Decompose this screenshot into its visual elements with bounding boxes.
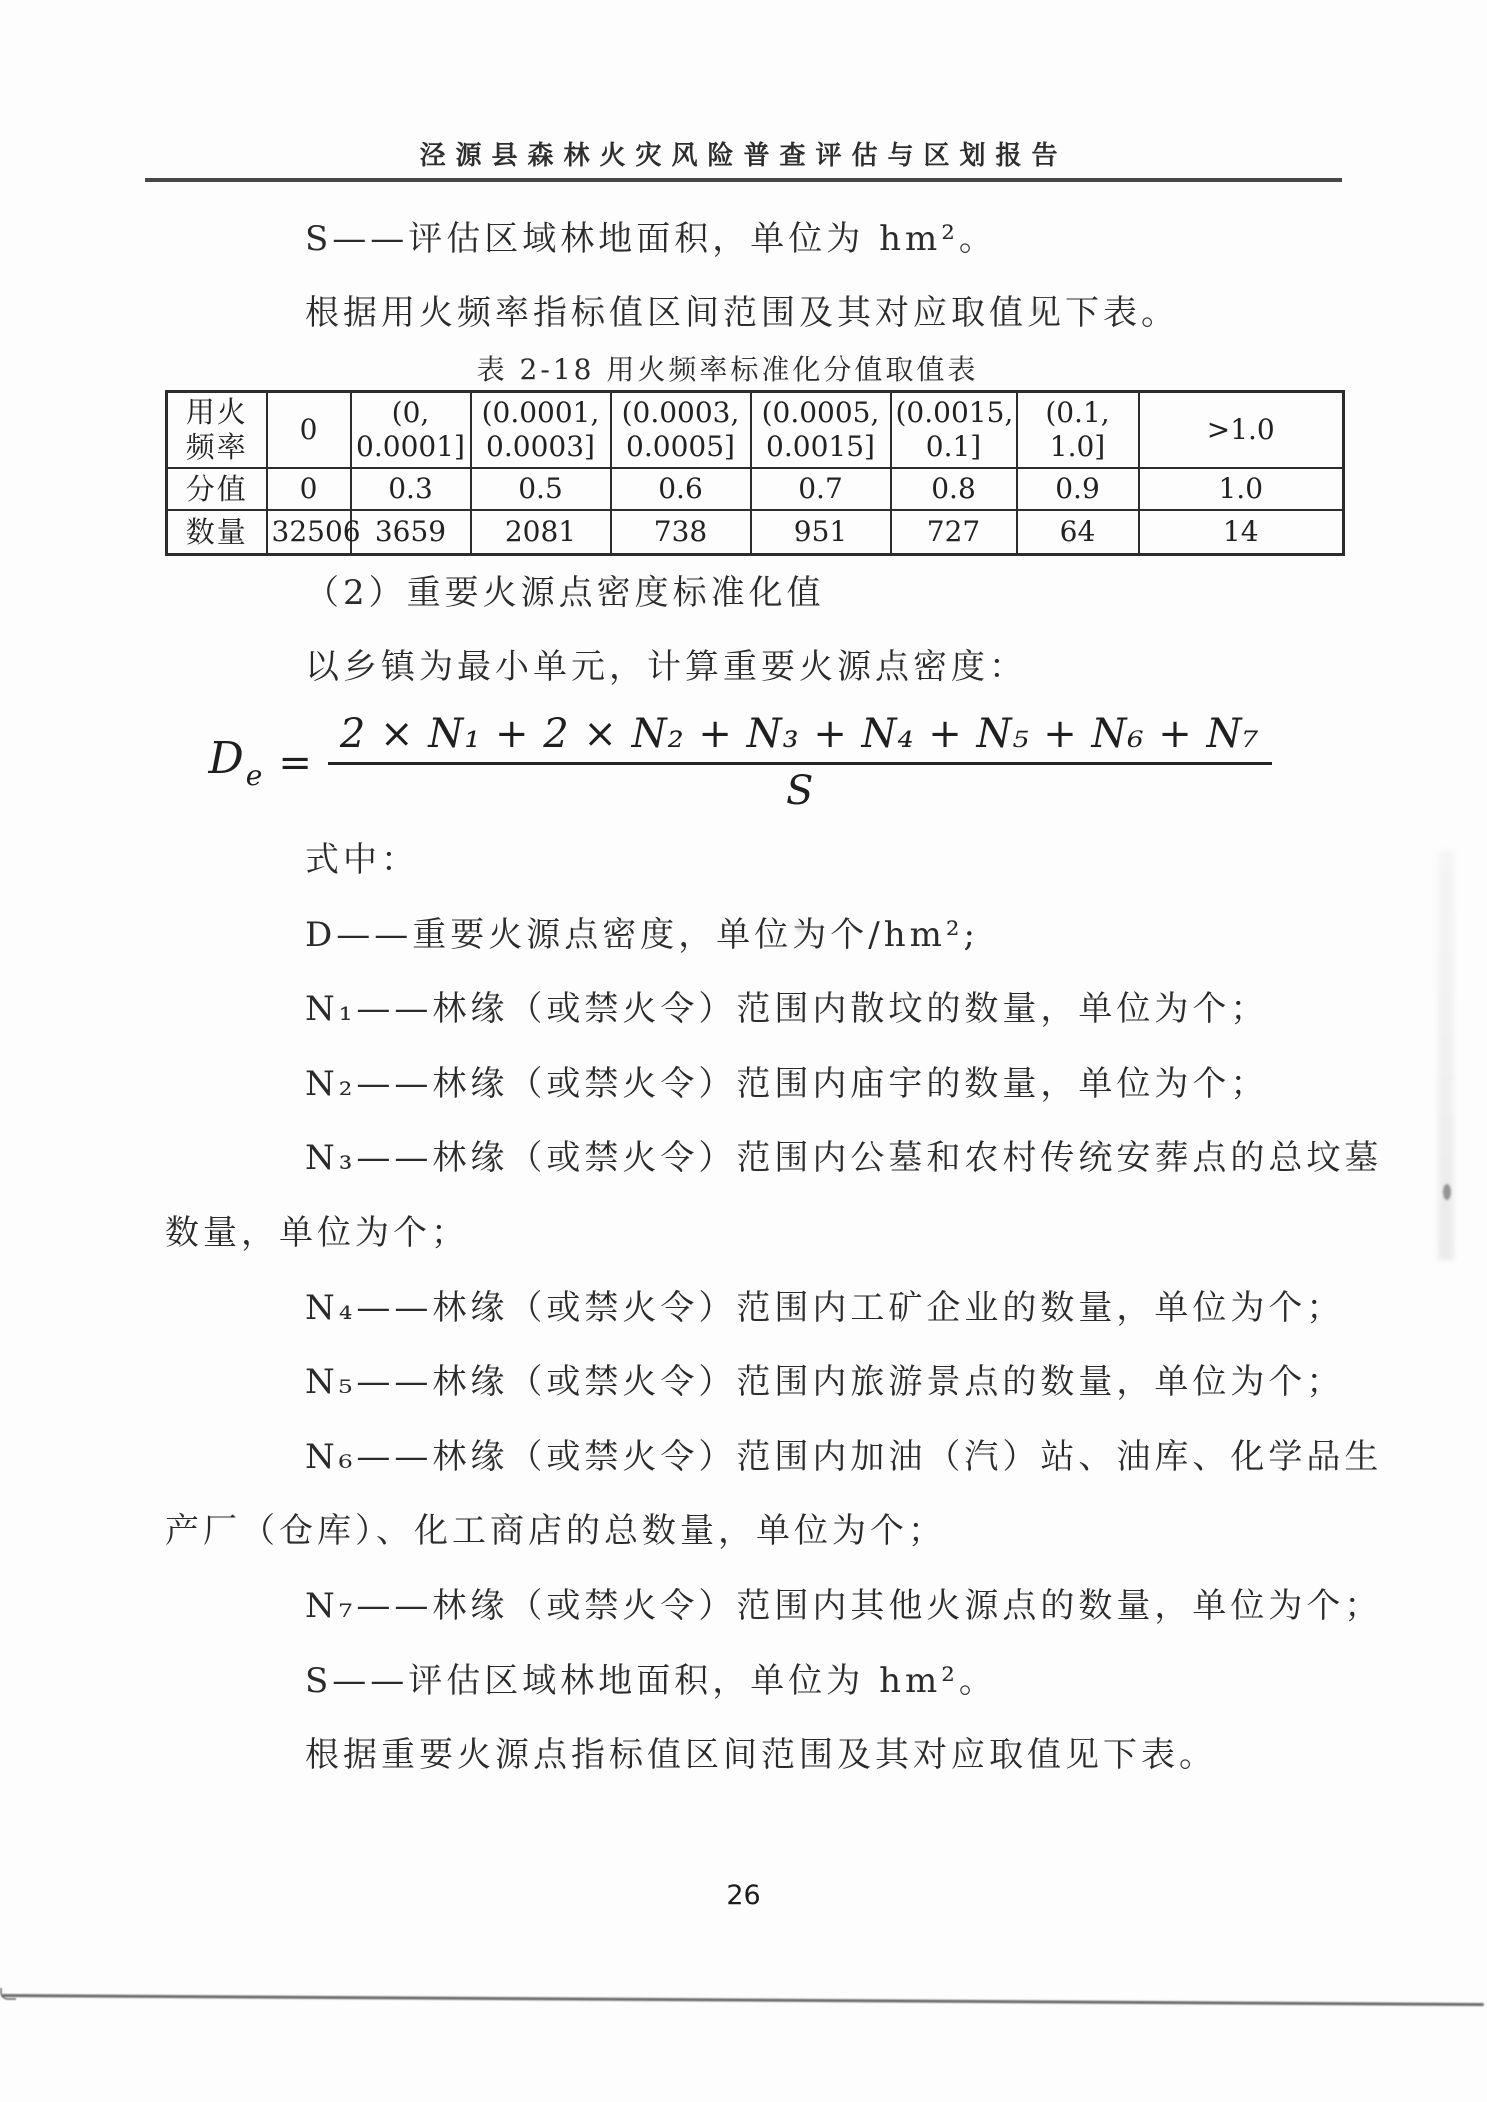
formula-fraction: 2 × N₁ + 2 × N₂ + N₃ + N₄ + N₅ + N₆ + N₇… [328, 710, 1272, 815]
row-label-count: 数量 [167, 510, 267, 555]
score-cell: 0.3 [351, 468, 471, 510]
freq-range-cell: (0.0001, 0.0003] [471, 392, 611, 469]
formula-lhs: De [208, 733, 262, 792]
score-cell: 0 [267, 468, 351, 510]
running-header-title: 泾源县森林火灾风险普查评估与区划报告 [0, 0, 1487, 171]
count-cell: 727 [891, 510, 1017, 555]
def-n2: N₂——林缘（或禁火令）范围内庙宇的数量，单位为个； [165, 1047, 1345, 1122]
score-cell: 0.9 [1017, 468, 1139, 510]
score-cell: 1.0 [1139, 468, 1344, 510]
count-cell: 64 [1017, 510, 1139, 555]
page-body: S——评估区域林地面积，单位为 hm²。 根据用火频率指标值区间范围及其对应取值… [0, 202, 1487, 1793]
score-cell: 0.5 [471, 468, 611, 510]
para-calc-lead-in: 以乡镇为最小单元，计算重要火源点密度： [165, 630, 1345, 704]
def-n3-line1: N₃——林缘（或禁火令）范围内公墓和农村传统安葬点的总坟墓 [165, 1121, 1345, 1196]
para-source-points-lead-in: 根据重要火源点指标值区间范围及其对应取值见下表。 [165, 1718, 1345, 1793]
para-s-definition-top: S——评估区域林地面积，单位为 hm²。 [165, 202, 1345, 276]
scan-artifact-line [2, 1994, 1484, 2006]
score-cell: 0.8 [891, 468, 1017, 510]
formula-equals: = [278, 740, 312, 786]
density-formula: De = 2 × N₁ + 2 × N₂ + N₃ + N₄ + N₅ + N₆… [165, 710, 1315, 815]
def-s: S——评估区域林地面积，单位为 hm²。 [165, 1644, 1345, 1719]
scan-artifact-hook [0, 1988, 16, 2000]
freq-range-cell: (0, 0.0001] [351, 392, 471, 469]
table-row-count: 数量 32506 3659 2081 738 951 727 64 14 [167, 510, 1344, 555]
score-cell: 0.6 [611, 468, 751, 510]
def-n5: N₅——林缘（或禁火令）范围内旅游景点的数量，单位为个； [165, 1345, 1345, 1420]
def-n1: N₁——林缘（或禁火令）范围内散坟的数量，单位为个； [165, 972, 1345, 1047]
freq-range-cell: (0.0015, 0.1] [891, 392, 1017, 469]
def-d: D——重要火源点密度，单位为个/hm²; [165, 898, 1345, 973]
count-cell: 2081 [471, 510, 611, 555]
def-n7: N₇——林缘（或禁火令）范围内其他火源点的数量，单位为个； [165, 1569, 1345, 1644]
formula-denominator: S [328, 767, 1272, 815]
scan-artifact-speck [1032, 306, 1042, 314]
where-label: 式中： [165, 823, 1345, 898]
freq-range-cell: (0.0005, 0.0015] [751, 392, 891, 469]
freq-range-cell: (0.0003, 0.0005] [611, 392, 751, 469]
count-cell: 951 [751, 510, 891, 555]
score-cell: 0.7 [751, 468, 891, 510]
freq-range-cell: (0.1, 1.0] [1017, 392, 1139, 469]
formula-numerator: 2 × N₁ + 2 × N₂ + N₃ + N₄ + N₅ + N₆ + N₇ [328, 710, 1272, 758]
count-cell: 3659 [351, 510, 471, 555]
count-cell: 738 [611, 510, 751, 555]
table-row-score: 分值 0 0.3 0.5 0.6 0.7 0.8 0.9 1.0 [167, 468, 1344, 510]
scan-artifact-speck [796, 924, 806, 932]
freq-range-cell: >1.0 [1139, 392, 1344, 469]
header-rule [145, 178, 1342, 182]
frequency-score-table: 用火频率 0 (0, 0.0001] (0.0001, 0.0003] (0.0… [165, 390, 1345, 556]
freq-range-cell: 0 [267, 392, 351, 469]
scan-artifact-speck [1443, 1184, 1451, 1200]
def-n6-line1: N₆——林缘（或禁火令）范围内加油（汽）站、油库、化学品生 [165, 1420, 1345, 1495]
document-page: 泾源县森林火灾风险普查评估与区划报告 S——评估区域林地面积，单位为 hm²。 … [0, 0, 1487, 2102]
fraction-bar [328, 762, 1272, 765]
def-n4: N₄——林缘（或禁火令）范围内工矿企业的数量，单位为个； [165, 1271, 1345, 1346]
def-n3-line2: 数量，单位为个； [165, 1196, 1345, 1271]
count-cell: 32506 [267, 510, 351, 555]
para-frequency-lead-in: 根据用火频率指标值区间范围及其对应取值见下表。 [165, 276, 1345, 350]
section-heading: （2）重要火源点密度标准化值 [165, 556, 1345, 630]
row-label-frequency: 用火频率 [167, 392, 267, 469]
count-cell: 14 [1139, 510, 1344, 555]
table-row-frequency: 用火频率 0 (0, 0.0001] (0.0001, 0.0003] (0.0… [167, 392, 1344, 469]
def-n6-line2: 产厂（仓库）、化工商店的总数量，单位为个； [165, 1494, 1345, 1569]
row-label-score: 分值 [167, 468, 267, 510]
table-caption: 表 2-18 用火频率标准化分值取值表 [165, 350, 1345, 390]
page-number: 26 [0, 1880, 1487, 1911]
